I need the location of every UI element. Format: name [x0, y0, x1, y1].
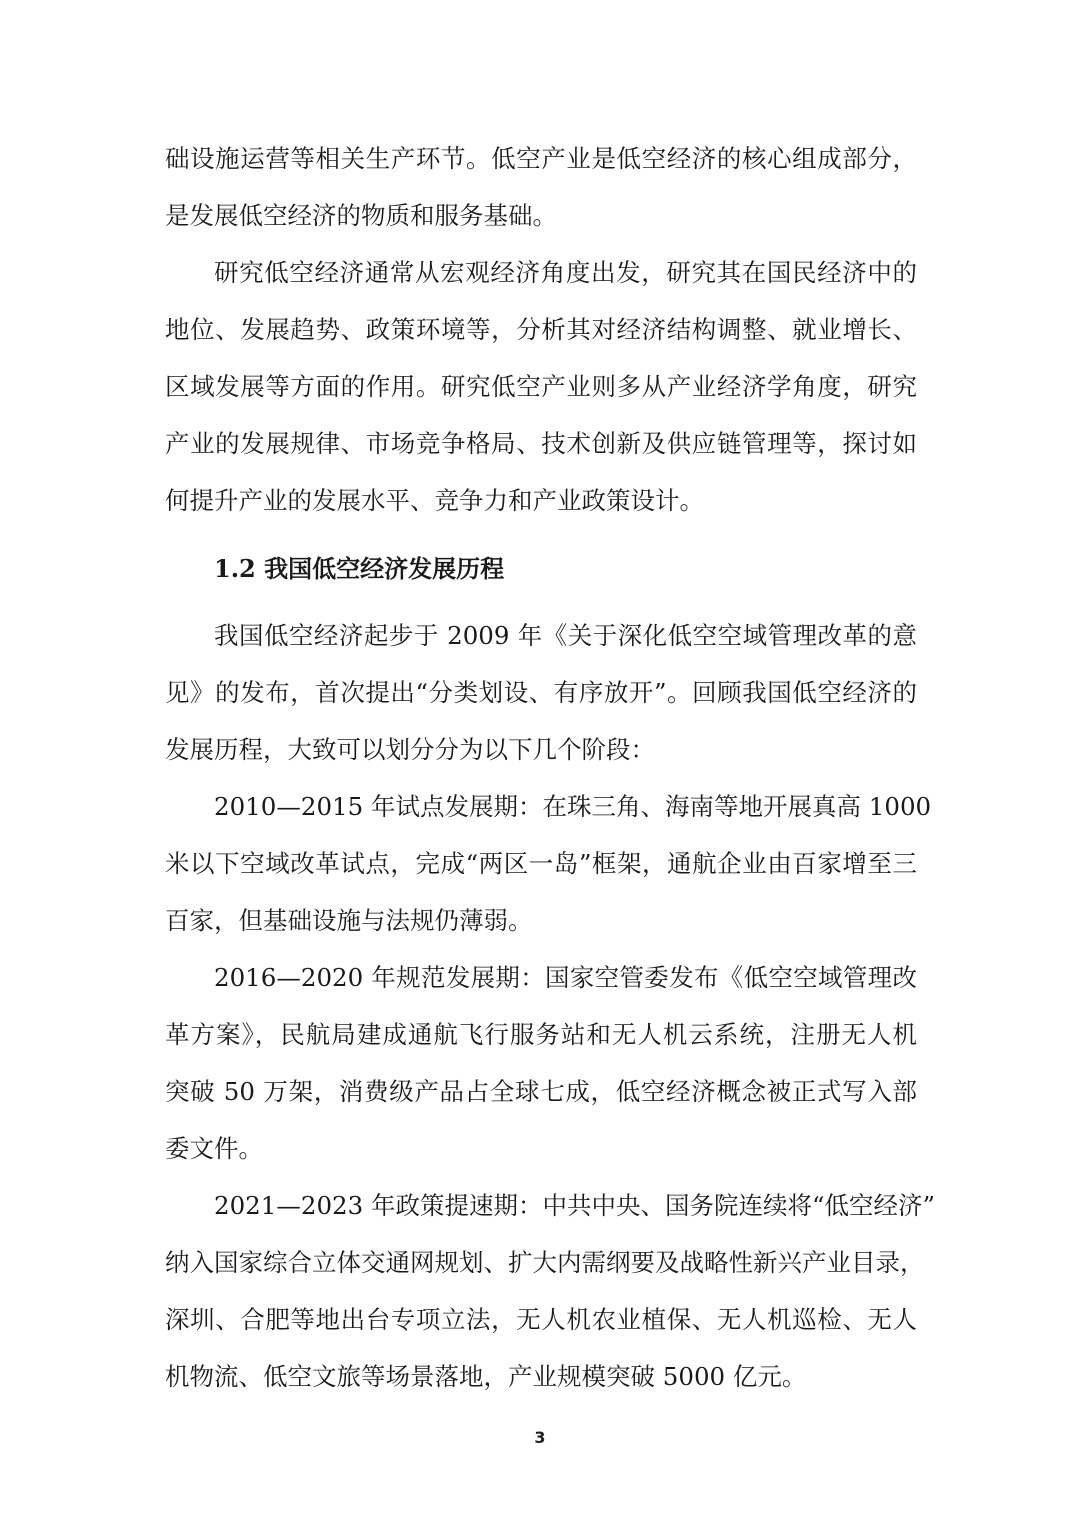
document-page: 础设施运营等相关生产环节。低空产业是低空经济的核心组成部分， 是发展低空经济的物…	[0, 0, 1080, 1527]
text-line: 研究低空经济通常从宏观经济角度出发，研究其在国民经济中的	[214, 256, 917, 290]
text-line: 础设施运营等相关生产环节。低空产业是低空经济的核心组成部分，	[165, 142, 917, 176]
text-line: 产业的发展规律、市场竞争格局、技术创新及供应链管理等，探讨如	[165, 427, 917, 461]
text-line: 地位、发展趋势、政策环境等，分析其对经济结构调整、就业增长、	[165, 313, 917, 347]
text-line: 2021—2023 年政策提速期：中共中央、国务院连续将“低空经济”	[214, 1189, 917, 1223]
section-heading: 1.2 我国低空经济发展历程	[214, 552, 504, 586]
text-line: 米以下空域改革试点，完成“两区一岛”框架，通航企业由百家增至三	[165, 847, 917, 881]
text-line: 委文件。	[165, 1132, 917, 1166]
text-line: 深圳、合肥等地出台专项立法，无人机农业植保、无人机巡检、无人	[165, 1303, 917, 1337]
text-line: 我国低空经济起步于 2009 年《关于深化低空空域管理改革的意	[214, 619, 917, 653]
text-line: 突破 50 万架，消费级产品占全球七成，低空经济概念被正式写入部	[165, 1075, 917, 1109]
text-line: 发展历程，大致可以划分分为以下几个阶段：	[165, 733, 917, 767]
text-line: 区域发展等方面的作用。研究低空产业则多从产业经济学角度，研究	[165, 370, 917, 404]
text-line: 何提升产业的发展水平、竞争力和产业政策设计。	[165, 484, 917, 518]
text-line: 革方案》，民航局建成通航飞行服务站和无人机云系统，注册无人机	[165, 1018, 917, 1052]
text-line: 是发展低空经济的物质和服务基础。	[165, 199, 917, 233]
text-line: 2010—2015 年试点发展期：在珠三角、海南等地开展真高 1000	[214, 790, 917, 824]
text-line: 机物流、低空文旅等场景落地，产业规模突破 5000 亿元。	[165, 1360, 917, 1394]
text-line: 2016—2020 年规范发展期：国家空管委发布《低空空域管理改	[214, 961, 917, 995]
page-number: 3	[0, 1428, 1080, 1447]
text-line: 百家，但基础设施与法规仍薄弱。	[165, 904, 917, 938]
text-line: 见》的发布，首次提出“分类划设、有序放开”。回顾我国低空经济的	[165, 676, 917, 710]
text-line: 纳入国家综合立体交通网规划、扩大内需纲要及战略性新兴产业目录，	[165, 1246, 917, 1280]
